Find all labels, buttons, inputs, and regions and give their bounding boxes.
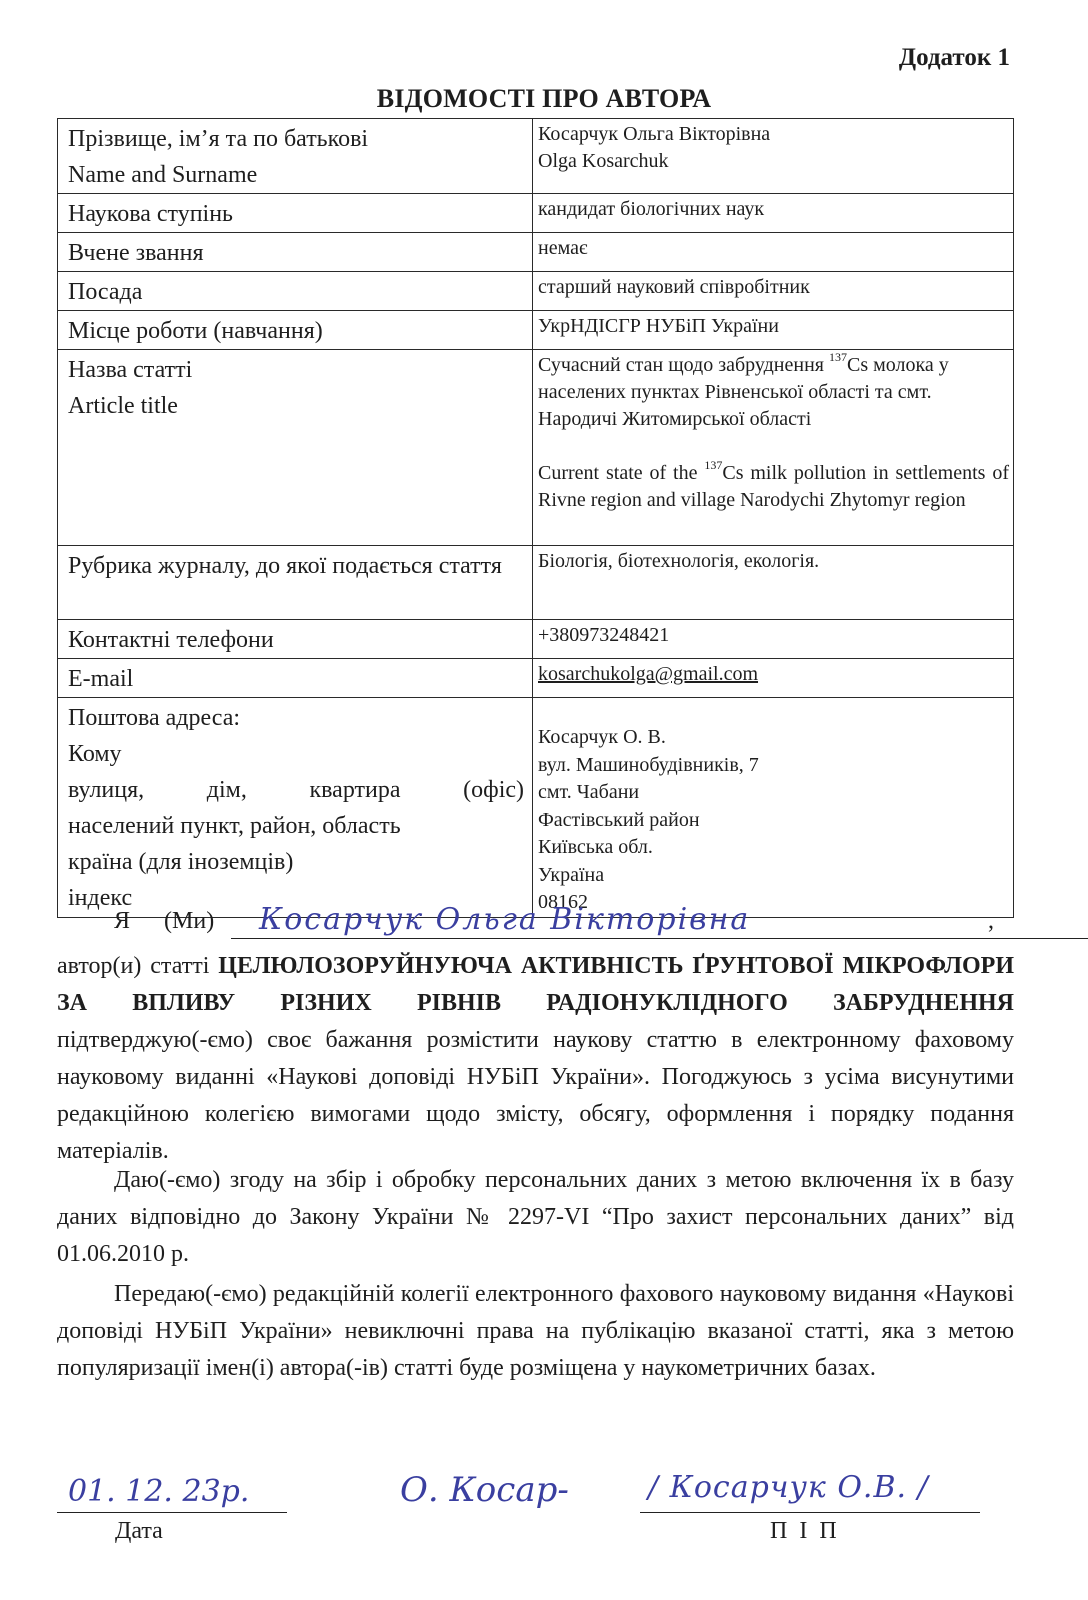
table-row: E-mail kosarchukolga@gmail.com: [58, 659, 1014, 698]
value-line: Київська обл.: [538, 834, 1009, 862]
superscript: 137: [829, 350, 847, 364]
authors-prefix: автор(и) статті: [57, 953, 209, 979]
comma: ,: [988, 908, 994, 935]
superscript: 137: [704, 458, 722, 472]
value-article-title: Сучасний стан щодо забруднення 137Cs мол…: [533, 350, 1014, 546]
table-row: Рубрика журналу, до якої подається статт…: [58, 546, 1014, 620]
value-workplace: УкрНДІСГР НУБіП України: [533, 311, 1014, 350]
label-journal-section: Рубрика журналу, до якої подається статт…: [58, 546, 533, 620]
date-underline: [57, 1512, 287, 1513]
article-title-ua: Сучасний стан щодо забруднення 137Cs мол…: [538, 352, 1009, 433]
value-email[interactable]: kosarchukolga@gmail.com: [533, 659, 1014, 698]
signature-row: 01. 12. 23р. Дата О. Косар- / Косарчук О…: [0, 1478, 1088, 1558]
label-line: вулиця, дім, квартира (офіс): [68, 772, 524, 808]
author-info-table: Прізвище, ім’я та по батькові Name and S…: [57, 118, 1014, 918]
label-postal-address: Поштова адреса: Кому вулиця, дім, кварти…: [58, 698, 533, 918]
page-title: ВІДОМОСТІ ПРО АВТОРА: [0, 84, 1088, 114]
label-line: Назва статті: [68, 352, 524, 388]
label-email: E-mail: [58, 659, 533, 698]
label-workplace: Місце роботи (навчання): [58, 311, 533, 350]
table-row: Назва статті Article title Сучасний стан…: [58, 350, 1014, 546]
name-underline: [640, 1512, 980, 1513]
appendix-label: Додаток 1: [899, 44, 1010, 72]
value-line: смт. Чабани: [538, 779, 1009, 807]
paragraph-consent: Даю(-ємо) згоду на збір і обробку персон…: [57, 1162, 1014, 1273]
date-label: Дата: [115, 1518, 163, 1545]
handwritten-date: 01. 12. 23р.: [68, 1474, 249, 1509]
label-position: Посада: [58, 272, 533, 311]
table-row: Місце роботи (навчання) УкрНДІСГР НУБіП …: [58, 311, 1014, 350]
email-link[interactable]: kosarchukolga@gmail.com: [538, 663, 758, 685]
label-line: населений пункт, район, область: [68, 808, 524, 844]
ya-text: Я: [114, 908, 130, 934]
value-line: Україна: [538, 862, 1009, 890]
value-line: Косарчук Ольга Вікторівна: [538, 121, 1009, 148]
value-line: Косарчук О. В.: [538, 724, 1009, 752]
table-row: Прізвище, ім’я та по батькові Name and S…: [58, 119, 1014, 194]
label-line: країна (для іноземців): [68, 844, 524, 880]
value-line: Olga Kosarchuk: [538, 148, 1009, 175]
value-line: вул. Машинобудівників, 7: [538, 752, 1009, 780]
paragraph-rights: Передаю(-ємо) редакційній колегії електр…: [57, 1276, 1014, 1387]
article-title-en: Current state of the 137Cs milk pollutio…: [538, 460, 1009, 514]
value-postal-address: Косарчук О. В. вул. Машинобудівників, 7 …: [533, 698, 1014, 918]
authors-line: автор(и) статті ЦЕЛЮЛОЗОРУЙНУЮЧА АКТИВНІ…: [57, 948, 1014, 1022]
value-journal-section: Біологія, біотехнологія, екологія.: [533, 546, 1014, 620]
paragraph-confirm: підтверджую(-ємо) своє бажання розмістит…: [57, 1022, 1014, 1170]
label-line: Name and Surname: [68, 157, 524, 193]
table-row: Вчене звання немає: [58, 233, 1014, 272]
value-line: Фастівський район: [538, 807, 1009, 835]
label-line: Прізвище, ім’я та по батькові: [68, 121, 524, 157]
value-full-name: Косарчук Ольга Вікторівна Olga Kosarchuk: [533, 119, 1014, 194]
label-phone: Контактні телефони: [58, 620, 533, 659]
mi-text: (Ми): [164, 908, 214, 934]
handwritten-full-name: / Косарчук О.В. /: [648, 1470, 929, 1505]
label-degree: Наукова ступінь: [58, 194, 533, 233]
label-full-name: Прізвище, ім’я та по батькові Name and S…: [58, 119, 533, 194]
label-line: Поштова адреса:: [68, 700, 524, 736]
label-text: Рубрика журналу, до якої подається статт…: [68, 548, 524, 584]
value-academic-title: немає: [533, 233, 1014, 272]
text: Current state of the: [538, 462, 704, 484]
signature: О. Косар-: [400, 1470, 569, 1510]
text: Сучасний стан щодо забруднення: [538, 354, 829, 376]
value-degree: кандидат біологічних наук: [533, 194, 1014, 233]
label-academic-title: Вчене звання: [58, 233, 533, 272]
handwritten-name: Косарчук Ольга Вікторівна: [259, 902, 750, 937]
declaration-name-line: Я (Ми) Косарчук Ольга Вікторівна ,: [114, 908, 1014, 935]
name-label: П І П: [770, 1518, 840, 1545]
value-phone: +380973248421: [533, 620, 1014, 659]
table-row: Контактні телефони +380973248421: [58, 620, 1014, 659]
value-position: старший науковий співробітник: [533, 272, 1014, 311]
label-line: Кому: [68, 736, 524, 772]
label-article-title: Назва статті Article title: [58, 350, 533, 546]
table-row: Поштова адреса: Кому вулиця, дім, кварти…: [58, 698, 1014, 918]
label-line: Article title: [68, 388, 524, 424]
table-row: Посада старший науковий співробітник: [58, 272, 1014, 311]
name-underline: [231, 938, 1088, 939]
table-row: Наукова ступінь кандидат біологічних нау…: [58, 194, 1014, 233]
